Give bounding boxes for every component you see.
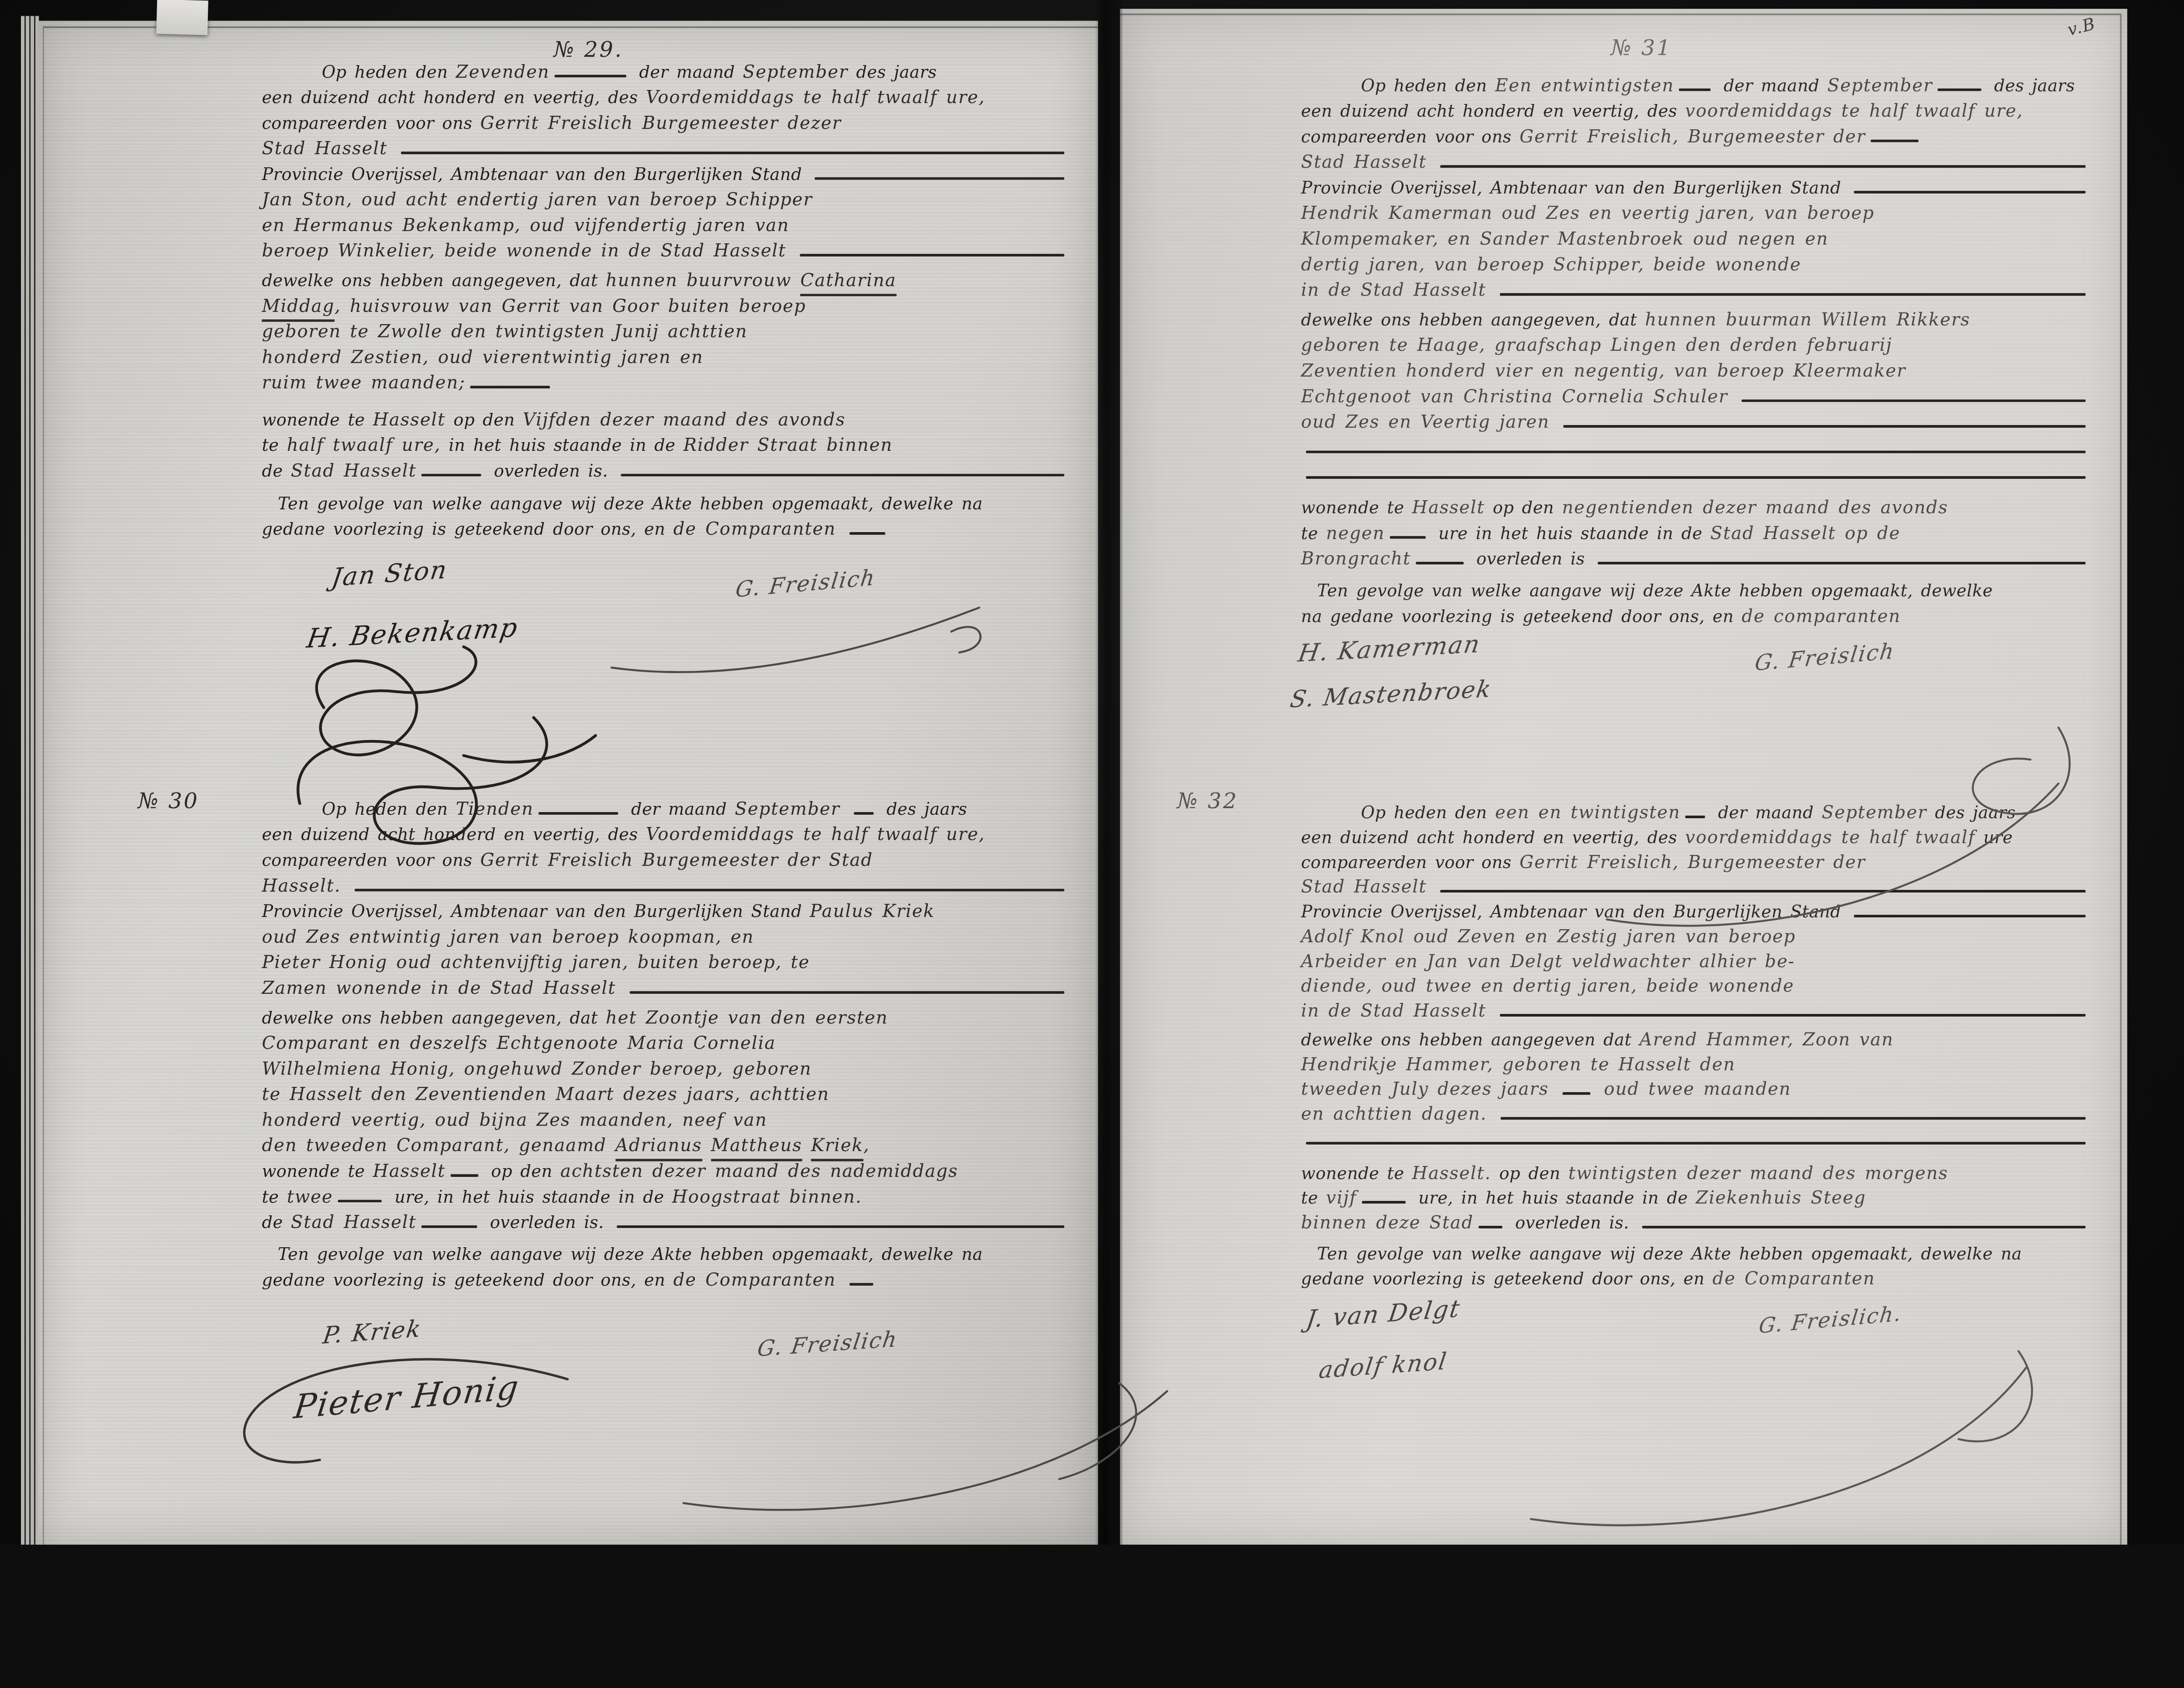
text-line: Stad Hasselt xyxy=(262,136,1069,162)
form-text: wonende te xyxy=(1301,1161,1412,1186)
text-line: beroep Winkelier, beide wonende in de St… xyxy=(262,238,1069,264)
form-text: compareerden voor ons xyxy=(262,111,480,136)
handwritten-text: den tweeden Comparant, genaamd xyxy=(262,1133,615,1159)
form-text: een duizend acht honderd en veertig, des xyxy=(262,85,646,111)
form-text: overleden is xyxy=(1469,546,1593,572)
blank-rule xyxy=(850,1283,874,1285)
handwritten-text: de comparanten xyxy=(1742,604,1901,630)
form-text: Provincie Overijssel, Ambtenaar van den … xyxy=(262,899,810,924)
form-text: Op heden den xyxy=(322,59,456,85)
form-text: op den xyxy=(1491,1161,1569,1186)
handwritten-text: Zeventien honderd vier en negentig, van … xyxy=(1301,358,1906,384)
text-line: honderd Zestien, oud vierentwintig jaren… xyxy=(262,345,1069,370)
blank-rule xyxy=(1870,139,1918,142)
text-line: Ten gevolge van welke aangave wij deze A… xyxy=(1301,1242,2091,1266)
text-line: dewelke ons hebben aangegeven, dat hunne… xyxy=(262,268,1069,294)
handwritten-text: beroep Winkelier, beide wonende in de St… xyxy=(262,238,795,264)
handwritten-text: Arend Hammer, Zoon van xyxy=(1639,1027,1894,1052)
form-text: op den xyxy=(1485,495,1562,521)
text-line: Middag, huisvrouw van Gerrit van Goor bu… xyxy=(262,294,1069,319)
form-text: een duizend acht honderd en veertig, des xyxy=(1301,825,1685,850)
handwritten-text: een en twintigsten xyxy=(1495,800,1681,825)
handwritten-text: Voordemiddags te half twaalf ure, xyxy=(646,822,985,847)
handwritten-text: September xyxy=(1827,73,1932,99)
blank-rule xyxy=(401,151,1064,154)
handwritten-text: Catharina xyxy=(800,268,896,296)
form-text: ure, in het huis staande in de xyxy=(387,1184,672,1210)
handwritten-text: in de Stad Hasselt xyxy=(1301,277,1495,303)
form-text: overleden is. xyxy=(486,458,616,484)
handwritten-text: Stad Hasselt op de xyxy=(1711,520,1901,546)
handwritten-text: , huisvrouw van Gerrit van Goor buiten b… xyxy=(335,294,806,319)
handwritten-text: de Comparanten xyxy=(673,516,845,542)
handwritten-text: Tienden xyxy=(456,796,534,822)
form-text: Provincie Overijssel, Ambtenaar van den … xyxy=(262,162,810,187)
form-text: compareerden voor ons xyxy=(262,847,480,873)
handwritten-text: ruim twee maanden; xyxy=(262,370,465,396)
text-line: Stad Hasselt xyxy=(1301,149,2091,175)
text-line: Zamen wonende in de Stad Hasselt xyxy=(262,975,1069,1001)
text-line xyxy=(1301,460,2091,486)
text-line: een duizend acht honderd en veertig, des… xyxy=(262,822,1069,847)
form-text: gedane voorlezing is geteekend door ons,… xyxy=(262,1267,673,1293)
text-line: geboren te Zwolle den twintigsten Junij … xyxy=(262,319,1069,345)
blank-rule xyxy=(1598,561,2086,564)
blank-rule xyxy=(1854,190,2086,193)
form-text: Ten gevolge van welke aangave wij deze A… xyxy=(1317,1242,2022,1266)
act-number: № 29. xyxy=(553,37,623,62)
blank-rule xyxy=(800,254,1064,256)
handwritten-text: Hendrik Kamerman oud Zes en veertig jare… xyxy=(1301,201,1875,226)
text-line: Klompemaker, en Sander Mastenbroek oud n… xyxy=(1301,226,2091,252)
act-text: Op heden den een en twintigsten der maan… xyxy=(1301,800,2091,1291)
text-line: wonende te Hasselt op den achtsten dezer… xyxy=(262,1159,1069,1184)
text-line: dewelke ons hebben aangegeven, dat het Z… xyxy=(262,1005,1069,1031)
handwritten-text: diende, oud twee en dertig jaren, beide … xyxy=(1301,974,1794,999)
text-line: te half twaalf ure, in het huis staande … xyxy=(262,432,1069,458)
blank-rule xyxy=(629,991,1064,993)
blank-rule xyxy=(1306,450,2086,453)
handwritten-text: Paulus Kriek xyxy=(810,899,935,924)
handwritten-text: Jan Ston, oud acht endertig jaren van be… xyxy=(262,187,812,213)
handwritten-text: Stad Hasselt xyxy=(291,458,417,484)
handwritten-text: en Hermanus Bekenkamp, oud vijfendertig … xyxy=(262,213,789,239)
text-line: Pieter Honig oud achtenvijftig jaren, bu… xyxy=(262,950,1069,975)
handwritten-text: oud Zes entwintig jaren van beroep koopm… xyxy=(262,924,754,950)
form-text: overleden is. xyxy=(482,1210,612,1235)
text-line: een duizend acht honderd en veertig, des… xyxy=(1301,825,2091,850)
text-line: en achttien dagen. xyxy=(1301,1102,2091,1127)
blank-rule xyxy=(1479,1225,1503,1228)
handwritten-text: Adrianus xyxy=(615,1133,702,1161)
text-line: Hasselt. xyxy=(262,873,1069,899)
handwritten-text: , xyxy=(864,1133,870,1159)
blank-rule xyxy=(1642,1225,2086,1228)
form-text: Ten gevolge van welke aangave wij deze A… xyxy=(278,1242,983,1267)
handwritten-text: Zevenden xyxy=(456,59,550,85)
form-text: de xyxy=(262,1210,290,1235)
form-text: der maand xyxy=(1710,800,1822,825)
text-line: Provincie Overijssel, Ambtenaar van den … xyxy=(262,899,1069,924)
text-line: Stad Hasselt xyxy=(1301,875,2091,899)
blank-rule xyxy=(815,177,1064,180)
text-line: Brongracht overleden is xyxy=(1301,546,2091,572)
text-line: diende, oud twee en dertig jaren, beide … xyxy=(1301,974,2091,999)
form-text: dewelke ons hebben aangegeven dat xyxy=(1301,1027,1640,1052)
blank-rule xyxy=(450,1174,478,1176)
handwritten-text: honderd veertig, oud bijna Zes maanden, … xyxy=(262,1107,767,1133)
blank-rule xyxy=(355,889,1064,891)
text-line: binnen deze Stad overleden is. xyxy=(1301,1211,2091,1235)
handwritten-text: Middag xyxy=(262,294,335,322)
form-text: dewelke ons hebben aangegeven, dat xyxy=(262,268,605,294)
text-line: den tweeden Comparant, genaamd Adrianus … xyxy=(262,1133,1069,1159)
form-text: ure in het huis staande in de xyxy=(1431,520,1711,546)
blank-rule xyxy=(1306,476,2086,478)
handwritten-text: geboren te Haage, graafschap Lingen den … xyxy=(1301,332,1892,358)
form-text: ure xyxy=(1976,825,2013,850)
blank-rule xyxy=(421,474,481,476)
handwritten-text: Stad Hasselt xyxy=(1301,875,1436,899)
handwritten-text: Klompemaker, en Sander Mastenbroek oud n… xyxy=(1301,226,1829,252)
handwritten-text: Wilhelmiena Honig, ongehuwd Zonder beroe… xyxy=(262,1056,812,1082)
handwritten-text: September xyxy=(1822,800,1927,825)
handwritten-text: voordemiddags te half twaalf xyxy=(1685,825,1976,850)
blank-rule xyxy=(1390,536,1426,539)
blank-rule xyxy=(1500,1117,2085,1119)
form-text: Op heden den xyxy=(322,796,456,822)
text-line: Zeventien honderd vier en negentig, van … xyxy=(1301,358,2091,384)
text-line: wonende te Hasselt. op den twintigsten d… xyxy=(1301,1161,2091,1186)
act-number: № 32 xyxy=(1177,789,1238,814)
text-line: compareerden voor ons Gerrit Freislich B… xyxy=(262,111,1069,136)
blank-rule xyxy=(1440,890,2085,892)
text-line: honderd veertig, oud bijna Zes maanden, … xyxy=(262,1107,1069,1133)
text-line: een duizend acht honderd en veertig, des… xyxy=(1301,98,2091,124)
handwritten-text: negentienden dezer maand des avonds xyxy=(1562,495,1948,521)
text-line: gedane voorlezing is geteekend door ons,… xyxy=(1301,1266,2091,1291)
form-text: dewelke ons hebben aangegeven, dat xyxy=(1301,307,1645,333)
text-line: Op heden den een en twintigsten der maan… xyxy=(1301,800,2091,825)
text-line: Provincie Overijssel, Ambtenaar van den … xyxy=(262,162,1069,187)
handwritten-text: Gerrit Freislich Burgemeester der Stad xyxy=(480,847,873,873)
form-text: gedane voorlezing is geteekend door ons,… xyxy=(262,516,673,542)
handwritten-text: Mattheus xyxy=(711,1133,802,1161)
handwritten-text: twee xyxy=(287,1184,333,1210)
form-text: der maand xyxy=(1716,73,1828,99)
blank-rule xyxy=(1440,165,2085,167)
blank-rule xyxy=(554,75,626,77)
form-text: compareerden voor ons xyxy=(1301,124,1520,150)
act-text: Op heden den Tienden der maand September… xyxy=(262,796,1069,1293)
form-text: een duizend acht honderd en veertig, des xyxy=(262,822,646,847)
form-text: wonende te xyxy=(262,407,373,433)
handwritten-text: half twaalf ure, xyxy=(287,432,441,458)
form-text: te xyxy=(1301,520,1326,546)
handwritten-text: en achttien dagen. xyxy=(1301,1102,1496,1127)
text-line: Comparant en deszelfs Echtgenoote Maria … xyxy=(262,1031,1069,1056)
blank-rule xyxy=(338,1200,382,1202)
handwritten-text: vijf xyxy=(1326,1186,1357,1211)
blank-rule xyxy=(539,812,619,814)
handwritten-text: honderd Zestien, oud vierentwintig jaren… xyxy=(262,345,703,370)
text-line: compareerden voor ons Gerrit Freislich, … xyxy=(1301,850,2091,875)
form-text: in het huis staande in de xyxy=(441,432,683,458)
blank-rule xyxy=(621,474,1064,476)
text-line: wonende te Hasselt op den negentienden d… xyxy=(1301,495,2091,521)
handwritten-text: het Zoontje van den eersten xyxy=(606,1005,888,1031)
blank-rule xyxy=(1685,815,1705,818)
handwritten-text: voordemiddags te half twaalf ure, xyxy=(1685,98,2023,124)
handwritten-text: Arbeider en Jan van Delgt veldwachter al… xyxy=(1301,949,1795,974)
handwritten-text: Hasselt. xyxy=(262,873,349,899)
form-text: dewelke ons hebben aangegeven, dat xyxy=(262,1005,605,1031)
act-number: № 30 xyxy=(138,789,199,814)
form-text: ure, in het huis staande in de xyxy=(1410,1186,1696,1211)
handwritten-text: negen xyxy=(1326,520,1385,546)
text-line: ruim twee maanden; xyxy=(262,370,1069,396)
text-line: een duizend acht honderd en veertig, des… xyxy=(262,85,1069,111)
text-line: in de Stad Hasselt xyxy=(1301,277,2091,303)
text-line: te vijf ure, in het huis staande in de Z… xyxy=(1301,1186,2091,1211)
handwritten-text: Hoogstraat binnen. xyxy=(672,1184,862,1210)
paper-slip xyxy=(156,0,208,35)
handwritten-text: Ridder Straat binnen xyxy=(683,432,892,458)
text-line: compareerden voor ons Gerrit Freislich B… xyxy=(262,847,1069,873)
handwritten-text: oud Zes en Veertig jaren xyxy=(1301,409,1559,435)
text-line xyxy=(1301,1127,2091,1152)
text-line: te Hasselt den Zeventienden Maart dezes … xyxy=(262,1082,1069,1107)
form-text: Ten gevolge van welke aangave wij deze A… xyxy=(278,491,983,517)
form-text: op den xyxy=(446,407,523,433)
act-number: № 31 xyxy=(1611,35,1672,61)
handwritten-text: de Comparanten xyxy=(1713,1266,1875,1291)
form-text: des jaars xyxy=(848,59,937,85)
text-line: Hendrik Kamerman oud Zes en veertig jare… xyxy=(1301,201,2091,226)
text-line: geboren te Haage, graafschap Lingen den … xyxy=(1301,332,2091,358)
form-text: te xyxy=(1301,1186,1326,1211)
blank-rule xyxy=(1362,1200,1406,1203)
text-line: Ten gevolge van welke aangave wij deze A… xyxy=(262,491,1069,517)
handwritten-text: geboren te Zwolle den twintigsten Junij … xyxy=(262,319,747,345)
form-text: op den xyxy=(483,1159,560,1184)
handwritten-text: de Comparanten xyxy=(673,1267,845,1293)
form-text: des jaars xyxy=(1986,73,2075,99)
text-line: compareerden voor ons Gerrit Freislich, … xyxy=(1301,124,2091,150)
handwritten-text: Stad Hasselt xyxy=(262,136,396,162)
text-line: Op heden den Tienden der maand September… xyxy=(262,796,1069,822)
text-line: Op heden den Een entwintigsten der maand… xyxy=(1301,73,2091,99)
text-line: te twee ure, in het huis staande in de H… xyxy=(262,1184,1069,1210)
handwritten-text: Adolf Knol oud Zeven en Zestig jaren van… xyxy=(1301,924,1796,949)
blank-rule xyxy=(1416,561,1464,564)
form-text: der maand xyxy=(623,796,735,822)
text-line: Provincie Overijssel, Ambtenaar van den … xyxy=(1301,175,2091,201)
blank-rule xyxy=(1742,399,2086,402)
form-text: de xyxy=(262,458,290,484)
blank-rule xyxy=(1563,425,2086,427)
handwritten-text: Comparant en deszelfs Echtgenoote Maria … xyxy=(262,1031,776,1056)
handwritten-text: dertig jaren, van beroep Schipper, beide… xyxy=(1301,252,1801,278)
text-line: dewelke ons hebben aangegeven, dat hunne… xyxy=(1301,307,2091,333)
form-text: gedane voorlezing is geteekend door ons,… xyxy=(1301,1266,1713,1291)
handwritten-text: Zamen wonende in de Stad Hasselt xyxy=(262,975,625,1001)
handwritten-text: September xyxy=(743,59,848,85)
blank-rule xyxy=(1854,914,2086,917)
handwritten-text: Echtgenoot van xyxy=(1301,384,1464,409)
form-text: Op heden den xyxy=(1361,73,1495,99)
text-line: de Stad Hasselt overleden is. xyxy=(262,1210,1069,1235)
form-text: na gedane voorlezing is geteekend door o… xyxy=(1301,604,1742,630)
handwritten-text: twintigsten dezer maand des morgens xyxy=(1569,1161,1949,1186)
blank-rule xyxy=(1679,88,1711,91)
text-line: Echtgenoot van Christina Cornelia Schule… xyxy=(1301,384,2091,409)
form-text: overleden is. xyxy=(1507,1211,1637,1235)
text-line: oud Zes entwintig jaren van beroep koopm… xyxy=(262,924,1069,950)
text-line xyxy=(1301,435,2091,461)
form-text: Ten gevolge van welke aangave wij deze A… xyxy=(1317,578,1993,604)
handwritten-text: Stad Hasselt xyxy=(1301,149,1436,175)
text-line: Provincie Overijssel, Ambtenaar van den … xyxy=(1301,899,2091,924)
handwritten-text: Ziekenhuis Steeg xyxy=(1696,1186,1866,1211)
handwritten-text: Vijfden dezer maand des avonds xyxy=(523,407,846,433)
text-line: Op heden den Zevenden der maand Septembe… xyxy=(262,59,1069,85)
form-text: wonende te xyxy=(262,1159,373,1184)
form-text: te xyxy=(262,432,287,458)
handwritten-text: hunnen buurvrouw xyxy=(606,268,801,294)
text-line: in de Stad Hasselt xyxy=(1301,999,2091,1024)
text-line: gedane voorlezing is geteekend door ons,… xyxy=(262,516,1069,542)
handwritten-text: Hasselt xyxy=(1412,495,1485,521)
text-line: na gedane voorlezing is geteekend door o… xyxy=(1301,604,2091,630)
book-gutter xyxy=(1095,0,1122,1545)
handwritten-text: te Hasselt den Zeventienden Maart dezes … xyxy=(262,1082,829,1107)
handwritten-text: Christina Cornelia Schuler xyxy=(1463,384,1737,409)
text-line: Hendrikje Hammer, geboren te Hasselt den xyxy=(1301,1052,2091,1077)
handwritten-text: Hendrikje Hammer, geboren te Hasselt den xyxy=(1301,1052,1735,1077)
blank-rule xyxy=(854,812,874,814)
text-line: Adolf Knol oud Zeven en Zestig jaren van… xyxy=(1301,924,2091,949)
form-text: te xyxy=(262,1184,287,1210)
handwritten-text: Een entwintigsten xyxy=(1495,73,1674,99)
blank-rule xyxy=(1938,88,1982,91)
text-line: dertig jaren, van beroep Schipper, beide… xyxy=(1301,252,2091,278)
handwritten-text: oud twee maanden xyxy=(1595,1077,1791,1102)
text-line: gedane voorlezing is geteekend door ons,… xyxy=(262,1267,1069,1293)
text-line: Ten gevolge van welke aangave wij deze A… xyxy=(262,1242,1069,1267)
blank-rule xyxy=(1306,1141,2086,1144)
handwritten-text: Pieter Honig oud achtenvijftig jaren, bu… xyxy=(262,950,810,975)
handwritten-text: Kriek xyxy=(811,1133,864,1161)
handwritten-text: Gerrit Freislich, Burgemeester der xyxy=(1520,124,1866,150)
blank-rule xyxy=(1562,1092,1590,1095)
text-line: dewelke ons hebben aangegeven dat Arend … xyxy=(1301,1027,2091,1052)
text-line: en Hermanus Bekenkamp, oud vijfendertig … xyxy=(262,213,1069,239)
handwritten-text: Gerrit Freislich, Burgemeester der xyxy=(1520,850,1866,875)
handwritten-text: in de Stad Hasselt xyxy=(1301,999,1495,1024)
handwritten-text: Brongracht xyxy=(1301,546,1411,572)
register-scan: v.B № 29.Op heden den Zevenden der maand… xyxy=(0,0,2184,1545)
handwritten-text: Hasselt xyxy=(373,1159,446,1184)
handwritten-text: tweeden July dezes jaars xyxy=(1301,1077,1558,1102)
form-text: een duizend acht honderd en veertig, des xyxy=(1301,98,1685,124)
text-line: wonende te Hasselt op den Vijfden dezer … xyxy=(262,407,1069,433)
handwritten-text: Hasselt. xyxy=(1412,1161,1491,1186)
form-text: compareerden voor ons xyxy=(1301,850,1520,875)
handwritten-text xyxy=(802,1133,811,1159)
blank-rule xyxy=(1500,293,2086,295)
blank-rule xyxy=(421,1225,477,1228)
blank-rule xyxy=(850,532,885,535)
handwritten-text: Stad Hasselt xyxy=(291,1210,417,1235)
text-line: Ten gevolge van welke aangave wij deze A… xyxy=(1301,578,2091,604)
act-text: Op heden den Zevenden der maand Septembe… xyxy=(262,59,1069,542)
handwritten-text: hunnen buurman Willem Rikkers xyxy=(1645,307,1970,333)
text-line: Arbeider en Jan van Delgt veldwachter al… xyxy=(1301,949,2091,974)
form-text: Op heden den xyxy=(1361,800,1495,825)
handwritten-text: September xyxy=(735,796,849,822)
handwritten-text: binnen deze Stad xyxy=(1301,1211,1474,1235)
text-line: Jan Ston, oud acht endertig jaren van be… xyxy=(262,187,1069,213)
handwritten-text: Hasselt xyxy=(373,407,446,433)
blank-rule xyxy=(470,386,550,388)
handwritten-text: Gerrit Freislich Burgemeester dezer xyxy=(480,111,842,136)
form-text: des jaars xyxy=(878,796,967,822)
form-text: Provincie Overijssel, Ambtenaar van den … xyxy=(1301,899,1849,924)
text-line: tweeden July dezes jaars oud twee maande… xyxy=(1301,1077,2091,1102)
text-line: te negen ure in het huis staande in de S… xyxy=(1301,520,2091,546)
form-text: wonende te xyxy=(1301,495,1412,521)
text-line: de Stad Hasselt overleden is. xyxy=(262,458,1069,484)
form-text: Provincie Overijssel, Ambtenaar van den … xyxy=(1301,175,1849,201)
text-line: Wilhelmiena Honig, ongehuwd Zonder beroe… xyxy=(262,1056,1069,1082)
book-page-stack-edge xyxy=(21,16,39,1545)
act-text: Op heden den Een entwintigsten der maand… xyxy=(1301,73,2091,630)
handwritten-text xyxy=(702,1133,711,1159)
blank-rule xyxy=(617,1225,1064,1228)
handwritten-text: Voordemiddags te half twaalf ure, xyxy=(646,85,985,111)
text-line: oud Zes en Veertig jaren xyxy=(1301,409,2091,435)
form-text: des jaars xyxy=(1927,800,2016,825)
blank-rule xyxy=(1500,1013,2086,1016)
form-text: der maand xyxy=(631,59,743,85)
handwritten-text: achtsten dezer maand des nademiddags xyxy=(560,1159,958,1184)
